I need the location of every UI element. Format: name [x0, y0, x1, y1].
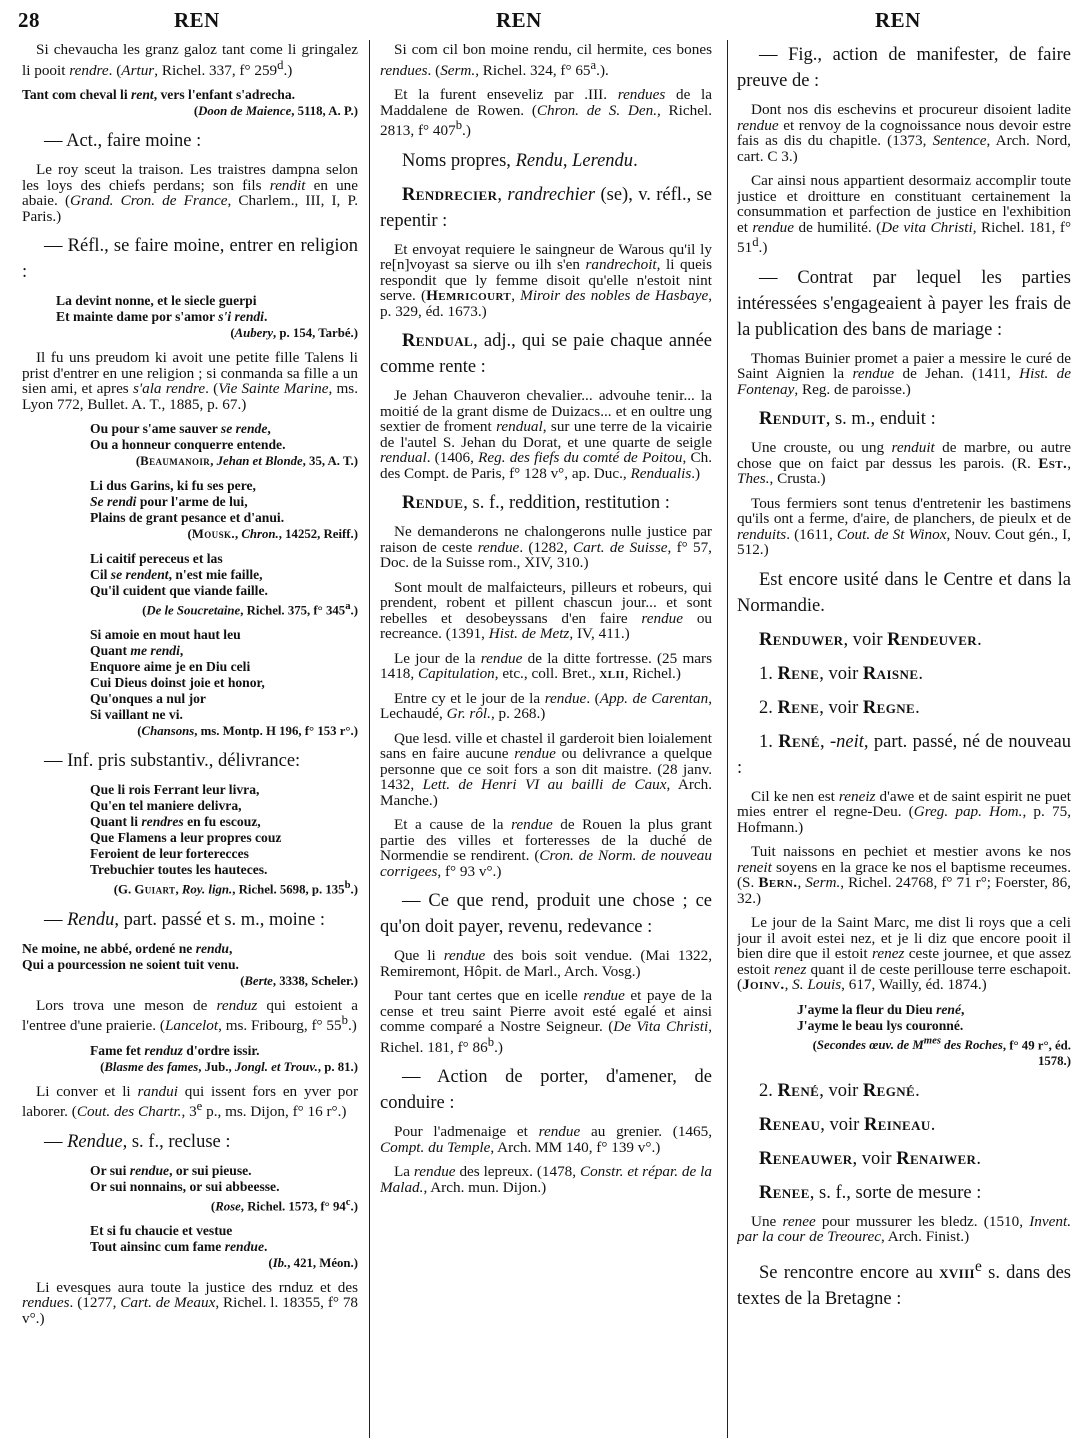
verse-quotation: Ne moine, ne abbé, ordené ne rendu,Qui a… [22, 941, 358, 989]
prose-citation: Une crouste, ou ung renduit de marbre, o… [737, 440, 1071, 487]
definition-line: Se rencontre encore au xviiie s. dans de… [737, 1254, 1071, 1312]
verse-line: J'ayme le beau lys couronné. [797, 1018, 1071, 1034]
column-divider [369, 40, 370, 1438]
definition-line: — Réfl., se faire moine, entrer en relig… [22, 233, 358, 285]
citation-source: (Secondes œuv. de Mmes des Roches, f° 49… [797, 1034, 1071, 1069]
verse-line: Li caitif pereceus et las [90, 551, 358, 567]
page-number: 28 [18, 8, 40, 33]
verse-line: Cil se rendent, n'est mie faille, [90, 567, 358, 583]
citation-source: (De le Soucretaine, Richel. 375, f° 345a… [90, 599, 358, 618]
verse-line: Cui Dieus doinst joie et honor, [90, 675, 358, 691]
verse-line: Qu'il cuident que viande faille. [90, 583, 358, 599]
verse-line: Fame fet renduz d'ordre issir. [90, 1043, 358, 1059]
citation-source: (Rose, Richel. 1573, f° 94c.) [90, 1195, 358, 1214]
column-right: — Fig., action de manifester, de faire p… [737, 42, 1071, 1440]
citation-source: (Beaumanoir, Jehan et Blonde, 35, A. T.) [90, 453, 358, 469]
definition-line: — Fig., action de manifester, de faire p… [737, 42, 1071, 94]
prose-citation: Si chevaucha les granz galoz tant come l… [22, 42, 358, 78]
prose-citation: Le roy sceut la traison. Les traistres d… [22, 162, 358, 224]
definition-line: — Action de porter, d'amener, de conduir… [380, 1064, 712, 1116]
verse-line: J'ayme la fleur du Dieu rené, [797, 1002, 1071, 1018]
prose-citation: Que li rendue des bois soit vendue. (Mai… [380, 948, 712, 979]
definition-line: Rendrecier, randrechier (se), v. réfl., … [380, 182, 712, 234]
column-left: Si chevaucha les granz galoz tant come l… [22, 42, 358, 1440]
prose-citation: Li conver et li randui qui issent fors e… [22, 1084, 358, 1120]
verse-line: Plains de grant pesance et d'anui. [90, 510, 358, 526]
prose-citation: Le jour de la Saint Marc, me dist li roy… [737, 915, 1071, 993]
verse-line: Et si fu chaucie et vestue [90, 1223, 358, 1239]
prose-citation: Et a cause de la rendue de Rouen la plus… [380, 817, 712, 879]
running-head-left: REN [174, 8, 220, 33]
definition-line: Est encore usité dans le Centre et dans … [737, 567, 1071, 619]
definition-line: Renee, s. f., sorte de mesure : [737, 1180, 1071, 1206]
definition-line: — Rendu, part. passé et s. m., moine : [22, 907, 358, 933]
verse-line: Qu'en tel maniere delivra, [90, 798, 358, 814]
verse-quotation: J'ayme la fleur du Dieu rené,J'ayme le b… [737, 1002, 1071, 1069]
verse-line: Et mainte dame por s'amor s'i rendi. [56, 309, 358, 325]
prose-citation: Je Jehan Chauveron chevalier... advouhe … [380, 388, 712, 481]
definition-line: Reneau, voir Reineau. [737, 1112, 1071, 1138]
verse-line: Quant li rendres en fu escouz, [90, 814, 358, 830]
prose-citation: Si com cil bon moine rendu, cil hermite,… [380, 42, 712, 78]
citation-source: (G. Guiart, Roy. lign., Richel. 5698, p.… [90, 878, 358, 897]
definition-line: — Rendue, s. f., recluse : [22, 1129, 358, 1155]
prose-citation: Et envoyat requiere le saingneur de Waro… [380, 242, 712, 320]
definition-line: Reneauwer, voir Renaiwer. [737, 1146, 1071, 1172]
definition-line: Renduit, s. m., enduit : [737, 406, 1071, 432]
citation-source: (Aubery, p. 154, Tarbé.) [56, 325, 358, 341]
verse-quotation: Et si fu chaucie et vestueTout ainsinc c… [22, 1223, 358, 1271]
verse-line: Se rendi pour l'arme de lui, [90, 494, 358, 510]
verse-line: Or sui nonnains, or sui abbeesse. [90, 1179, 358, 1195]
running-head-center: REN [496, 8, 542, 33]
verse-line: Li dus Garins, ki fu ses pere, [90, 478, 358, 494]
verse-line: Trebuchier toutes les hauteces. [90, 862, 358, 878]
verse-line: Que li rois Ferrant leur livra, [90, 782, 358, 798]
verse-line: Or sui rendue, or sui pieuse. [90, 1163, 358, 1179]
prose-citation: La rendue des lepreux. (1478, Constr. et… [380, 1164, 712, 1195]
verse-quotation: Or sui rendue, or sui pieuse.Or sui nonn… [22, 1163, 358, 1214]
citation-source: (Chansons, ms. Montp. H 196, f° 153 r°.) [90, 723, 358, 739]
citation-source: (Blasme des fames, Jub., Jongl. et Trouv… [90, 1059, 358, 1075]
prose-citation: Tuit naissons en pechiet et mestier avon… [737, 844, 1071, 906]
verse-quotation: La devint nonne, et le siecle guerpiEt m… [22, 293, 358, 341]
prose-citation: Ne demanderons ne chalongerons nulle jus… [380, 524, 712, 571]
prose-citation: Il fu uns preudom ki avoit une petite fi… [22, 350, 358, 412]
definition-line: Rendue, s. f., reddition, restitution : [380, 490, 712, 516]
verse-line: Tant com cheval li rent, vers l'enfant s… [22, 87, 358, 103]
prose-citation: Pour l'admenaige et rendue au grenier. (… [380, 1124, 712, 1155]
prose-citation: Thomas Buinier promet a paier a messire … [737, 351, 1071, 398]
prose-citation: Car ainsi nous appartient desormaiz acco… [737, 173, 1071, 256]
definition-line: 1. René, -neit, part. passé, né de nouve… [737, 729, 1071, 781]
prose-citation: Tous fermiers sont tenus d'entretenir le… [737, 496, 1071, 558]
definition-line: 2. René, voir Regné. [737, 1078, 1071, 1104]
verse-line: Feroient de leur forterecces [90, 846, 358, 862]
definition-line: — Act., faire moine : [22, 128, 358, 154]
prose-citation: Et la furent enseveliz par .III. rendues… [380, 87, 712, 139]
verse-line: Qu'onques a nul jor [90, 691, 358, 707]
definition-line: 2. Rene, voir Regne. [737, 695, 1071, 721]
column-divider [727, 40, 728, 1438]
prose-citation: Dont nos dis eschevins et procureur diso… [737, 102, 1071, 164]
verse-quotation: Li caitif pereceus et lasCil se rendent,… [22, 551, 358, 618]
verse-line: Si vaillant ne vi. [90, 707, 358, 723]
running-head-right: REN [875, 8, 921, 33]
verse-line: Ou pour s'ame sauver se rende, [90, 421, 358, 437]
verse-quotation: Que li rois Ferrant leur livra,Qu'en tel… [22, 782, 358, 897]
prose-citation: Le jour de la rendue de la ditte fortres… [380, 651, 712, 682]
prose-citation: Une renee pour mussurer les bledz. (1510… [737, 1214, 1071, 1245]
citation-source: (Doon de Maience, 5118, A. P.) [22, 103, 358, 119]
definition-line: 1. Rene, voir Raisne. [737, 661, 1071, 687]
verse-quotation: Ou pour s'ame sauver se rende,Ou a honne… [22, 421, 358, 469]
definition-line: Rendual, adj., qui se paie chaque année … [380, 328, 712, 380]
definition-line: — Ce que rend, produit une chose ; ce qu… [380, 888, 712, 940]
prose-citation: Sont moult de malfaicteurs, pilleurs et … [380, 580, 712, 642]
prose-citation: Lors trova une meson de renduz qui estoi… [22, 998, 358, 1034]
verse-quotation: Tant com cheval li rent, vers l'enfant s… [22, 87, 358, 119]
definition-line: — Inf. pris substantiv., délivrance: [22, 748, 358, 774]
prose-citation: Entre cy et le jour de la rendue. (App. … [380, 691, 712, 722]
verse-line: Tout ainsinc cum fame rendue. [90, 1239, 358, 1255]
column-center: Si com cil bon moine rendu, cil hermite,… [380, 42, 712, 1440]
verse-line: La devint nonne, et le siecle guerpi [56, 293, 358, 309]
verse-quotation: Si amoie en mout haut leuQuant me rendi,… [22, 627, 358, 739]
citation-source: (Mousk., Chron., 14252, Reiff.) [90, 526, 358, 542]
definition-line: — Contrat par lequel les parties intéres… [737, 265, 1071, 343]
verse-line: Qui a pourcession ne soient tuit venu. [22, 957, 358, 973]
prose-citation: Cil ke nen est reneiz d'awe et de saint … [737, 789, 1071, 836]
verse-line: Quant me rendi, [90, 643, 358, 659]
citation-source: (Ib., 421, Méon.) [90, 1255, 358, 1271]
verse-quotation: Li dus Garins, ki fu ses pere,Se rendi p… [22, 478, 358, 542]
definition-line: Noms propres, Rendu, Lerendu. [380, 148, 712, 174]
verse-line: Ou a honneur conquerre entende. [90, 437, 358, 453]
verse-line: Que Flamens a leur propres couz [90, 830, 358, 846]
verse-line: Enquore aime je en Diu celi [90, 659, 358, 675]
verse-line: Ne moine, ne abbé, ordené ne rendu, [22, 941, 358, 957]
verse-line: Si amoie en mout haut leu [90, 627, 358, 643]
verse-quotation: Fame fet renduz d'ordre issir.(Blasme de… [22, 1043, 358, 1075]
prose-citation: Li evesques aura toute la justice des rn… [22, 1280, 358, 1327]
definition-line: Renduwer, voir Rendeuver. [737, 627, 1071, 653]
prose-citation: Pour tant certes que en icelle rendue et… [380, 988, 712, 1055]
citation-source: (Berte, 3338, Scheler.) [22, 973, 358, 989]
prose-citation: Que lesd. ville et chastel il garderoit … [380, 731, 712, 809]
